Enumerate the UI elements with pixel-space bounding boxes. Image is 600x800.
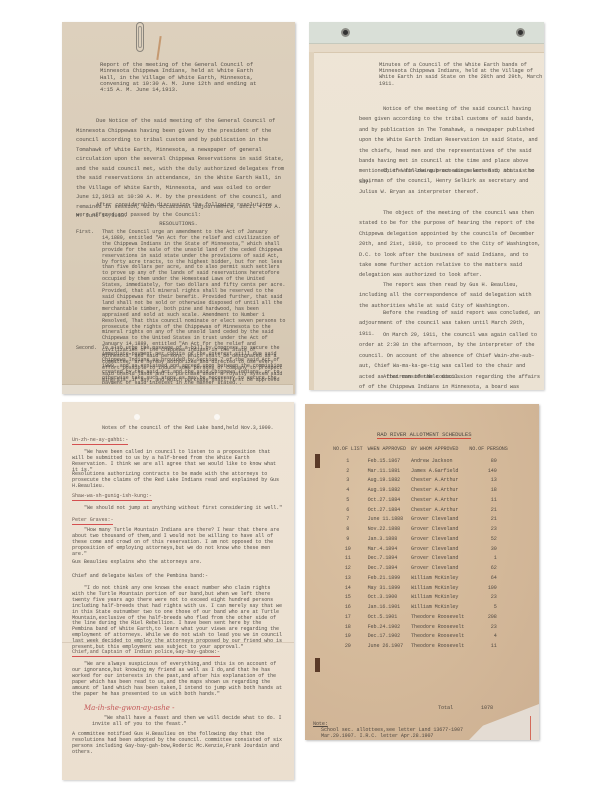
minutes-title: Minutes of a Council of the White Earth …: [379, 62, 544, 87]
persons-count-cell: 30: [469, 544, 512, 554]
report-paragraph-2: After considerable discussion the follow…: [76, 200, 286, 219]
table-row: 4Aug.19.1882Chester A.Arthur18: [333, 485, 513, 495]
table-note: Note: School sec. allottees,see letter L…: [313, 721, 493, 739]
notes-block: Un-zh-ne-ay-gahbi:-: [72, 438, 284, 445]
approved-by-cell: Grover Cleveland: [411, 534, 469, 544]
list-number-cell: 2: [333, 466, 368, 476]
red-margin-line: [530, 716, 531, 740]
report-title: Report of the meeting of the General Cou…: [100, 62, 272, 93]
list-number-cell: 10: [333, 544, 368, 554]
list-number-cell: 14: [333, 583, 368, 593]
persons-count-cell: 4: [469, 632, 512, 642]
allotment-table: NO.OF LIST WHEN APPROVED BY WHOM APPROVE…: [333, 446, 513, 651]
persons-count-cell: 23: [469, 593, 512, 603]
speaker-name: Peter Graves:-: [72, 518, 113, 525]
list-number-cell: 15: [333, 593, 368, 603]
date-approved-cell: Dec.7.1894: [368, 554, 411, 564]
list-number-cell: 13: [333, 573, 368, 583]
table-row: 6Oct.27.1884Chester A.Arthur21: [333, 505, 513, 515]
speaker-name: Chief,and Captain of Indian police,Gay-b…: [72, 650, 220, 657]
table-row: 13Feb.21.1899William McKinley64: [333, 573, 513, 583]
table-row: 1Feb.15.1867Andrew Jackson80: [333, 456, 513, 466]
approved-by-cell: Chester A.Arthur: [411, 505, 469, 515]
persons-count-cell: 1: [469, 554, 512, 564]
handwritten-speaker-name: Ma-ih-she-gwon-ay-ashe -: [84, 704, 175, 712]
persons-count-cell: 52: [469, 534, 512, 544]
total-value: 1078: [481, 705, 493, 711]
date-approved-cell: Dec.17.1902: [368, 632, 411, 642]
persons-count-cell: 21: [469, 505, 512, 515]
date-approved-cell: Nov.22.1888: [368, 524, 411, 534]
list-number-cell: 11: [333, 554, 368, 564]
punch-hole: [134, 414, 140, 420]
date-approved-cell: Dec.7.1894: [368, 563, 411, 573]
list-number-cell: 5: [333, 495, 368, 505]
list-number-cell: 20: [333, 641, 368, 651]
notes-block: Shaw-wa-sh-gunig-ish-kung:-: [72, 494, 284, 501]
document-report-general-council: Report of the meeting of the General Cou…: [62, 22, 295, 394]
grommet-icon: [516, 28, 525, 37]
persons-count-cell: 208: [469, 612, 512, 622]
table-row: 7June 11.1888Grover Cleveland21: [333, 515, 513, 525]
rust-stain: [156, 36, 161, 60]
persons-count-cell: 5: [469, 602, 512, 612]
speaker-name: Un-zh-ne-ay-gahbi:-: [72, 438, 128, 445]
date-approved-cell: June 11.1888: [368, 515, 411, 525]
approved-by-cell: James A.Garfield: [411, 466, 469, 476]
document-minutes-white-earth: Minutes of a Council of the White Earth …: [309, 22, 544, 390]
date-approved-cell: June 26.1907: [368, 641, 411, 651]
date-approved-cell: Oct.3.1900: [368, 593, 411, 603]
list-number-cell: 6: [333, 505, 368, 515]
approved-by-cell: Theodore Roosevelt: [411, 612, 469, 622]
notes-statement: Chief and delegate Wales of the Pembina …: [72, 574, 284, 580]
table-row: 17Oct.5.1901Theodore Roosevelt208: [333, 612, 513, 622]
table-body: 1Feb.15.1867Andrew Jackson802Mar.11.1881…: [333, 456, 513, 651]
table-row: 16Jan.16.1901William McKinley5: [333, 602, 513, 612]
minutes-paragraph: The report was then read by Gus H. Beaul…: [359, 280, 541, 311]
date-approved-cell: Mar.4.1894: [368, 544, 411, 554]
list-number-cell: 16: [333, 602, 368, 612]
resolution-label: Second.: [76, 346, 100, 352]
list-number-cell: 7: [333, 515, 368, 525]
table-row: 2Mar.11.1881James A.Garfield140: [333, 466, 513, 476]
list-number-cell: 4: [333, 485, 368, 495]
table-row: 5Oct.27.1884Chester A.Arthur11: [333, 495, 513, 505]
table-row: 20June 26.1907Theodore Roosevelt11: [333, 641, 513, 651]
date-approved-cell: Oct.27.1884: [368, 505, 411, 515]
table-row: 8Nov.22.1888Grover Cleveland23: [333, 524, 513, 534]
grommet-icon: [341, 28, 350, 37]
table-row: 19Dec.17.1902Theodore Roosevelt4: [333, 632, 513, 642]
column-header: WHEN APPROVED: [368, 446, 411, 456]
approved-by-cell: Theodore Roosevelt: [411, 622, 469, 632]
persons-count-cell: 23: [469, 622, 512, 632]
minutes-paragraph: After considerable discussion regarding …: [359, 372, 541, 390]
approved-by-cell: Chester A.Arthur: [411, 485, 469, 495]
persons-count-cell: 140: [469, 466, 512, 476]
notes-block: Peter Graves:-: [72, 518, 284, 525]
paperclip-icon: [136, 22, 144, 52]
binding-tab: [315, 454, 320, 468]
notes-statement: A committee notified Gus H.Beaulieu on t…: [72, 732, 284, 756]
date-approved-cell: Oct.5.1901: [368, 612, 411, 622]
table-row: 11Dec.7.1894Grover Cleveland1: [333, 554, 513, 564]
punch-hole: [214, 414, 220, 420]
notes-statement: Gus Beaulieu explains who the attorneys …: [72, 560, 284, 566]
persons-count-cell: 11: [469, 641, 512, 651]
persons-count-cell: 23: [469, 524, 512, 534]
approved-by-cell: Chester A.Arthur: [411, 495, 469, 505]
persons-count-cell: 13: [469, 476, 512, 486]
speaker-quote: "We shall have a feast and then we will …: [92, 716, 282, 728]
list-number-cell: 19: [333, 632, 368, 642]
list-number-cell: 18: [333, 622, 368, 632]
note-text: School sec. allottees,see letter Land 13…: [313, 727, 493, 739]
date-approved-cell: Jan.16.1901: [368, 602, 411, 612]
persons-count-cell: 62: [469, 563, 512, 573]
binder-fold: [309, 44, 544, 53]
column-header: BY WHOM APPROVED: [411, 446, 469, 456]
table-header-row: NO.OF LIST WHEN APPROVED BY WHOM APPROVE…: [333, 446, 513, 456]
date-approved-cell: Feb.15.1867: [368, 456, 411, 466]
page-stack-edge: [62, 384, 293, 394]
persons-count-cell: 11: [469, 495, 512, 505]
speaker-quote: "We should not jump at anything without …: [72, 506, 284, 512]
approved-by-cell: William McKinley: [411, 583, 469, 593]
notes-block: Chief,and Captain of Indian police,Gay-b…: [72, 650, 284, 657]
list-number-cell: 1: [333, 456, 368, 466]
speaker-name: Shaw-wa-sh-gunig-ish-kung:-: [72, 494, 152, 501]
approved-by-cell: Chester A.Arthur: [411, 476, 469, 486]
approved-by-cell: Grover Cleveland: [411, 554, 469, 564]
document-allotment-schedules: RAD RIVER ALLOTMENT SCHEDULES NO.OF LIST…: [305, 404, 539, 740]
resolution-label: First.: [76, 230, 100, 236]
resolutions-heading: RESOLUTIONS.: [62, 220, 295, 227]
approved-by-cell: Grover Cleveland: [411, 515, 469, 525]
date-approved-cell: Feb.21.1899: [368, 573, 411, 583]
list-number-cell: 3: [333, 476, 368, 486]
total-label: Total: [438, 705, 453, 711]
resolution-text: To also urge the passage of a bill by Co…: [102, 346, 288, 387]
date-approved-cell: Oct.27.1884: [368, 495, 411, 505]
approved-by-cell: Andrew Jackson: [411, 456, 469, 466]
date-approved-cell: Feb.24.1902: [368, 622, 411, 632]
speaker-quote: "We are always suspicious of everything,…: [72, 662, 284, 697]
column-header: NO.OF LIST: [333, 446, 368, 456]
list-number-cell: 8: [333, 524, 368, 534]
approved-by-cell: Theodore Roosevelt: [411, 632, 469, 642]
approved-by-cell: Grover Cleveland: [411, 563, 469, 573]
notes-title: Notes of the council of the Red Lake ban…: [102, 426, 294, 432]
approved-by-cell: William McKinley: [411, 602, 469, 612]
approved-by-cell: Grover Cleveland: [411, 524, 469, 534]
column-header: NO.OF PERSONS: [469, 446, 512, 456]
persons-count-cell: 80: [469, 456, 512, 466]
list-number-cell: 9: [333, 534, 368, 544]
table-row: 3Aug.19.1882Chester A.Arthur13: [333, 476, 513, 486]
table-row: 14May 31.1899William McKinley109: [333, 583, 513, 593]
minutes-paragraph: Chief Wain-zhe-aub-aut was selected to a…: [359, 166, 541, 197]
speaker-quote: "How many Turtle Mountain Indians are th…: [72, 528, 284, 558]
approved-by-cell: William McKinley: [411, 593, 469, 603]
approved-by-cell: Theodore Roosevelt: [411, 641, 469, 651]
document-notes-red-lake: Notes of the council of the Red Lake ban…: [62, 402, 294, 780]
persons-count-cell: 64: [469, 573, 512, 583]
date-approved-cell: Jan.3.1888: [368, 534, 411, 544]
list-number-cell: 17: [333, 612, 368, 622]
date-approved-cell: May 31.1899: [368, 583, 411, 593]
approved-by-cell: William McKinley: [411, 573, 469, 583]
table-row: 10Mar.4.1894Grover Cleveland30: [333, 544, 513, 554]
speaker-quote: "I do not think any one knows the exact …: [72, 586, 284, 651]
notes-statement: Resolutions authorizing contracts to be …: [72, 472, 284, 490]
table-title: RAD RIVER ALLOTMENT SCHEDULES: [377, 431, 471, 439]
approved-by-cell: Grover Cleveland: [411, 544, 469, 554]
resolution-second: Second. To also urge the passage of a bi…: [76, 346, 288, 387]
persons-count-cell: 18: [469, 485, 512, 495]
table-row: 15Oct.3.1900William McKinley23: [333, 593, 513, 603]
binding-tab: [315, 658, 320, 672]
page-edge: [309, 52, 314, 390]
persons-count-cell: 21: [469, 515, 512, 525]
date-approved-cell: Aug.19.1882: [368, 476, 411, 486]
table-row: 9Jan.3.1888Grover Cleveland52: [333, 534, 513, 544]
table-row: 18Feb.24.1902Theodore Roosevelt23: [333, 622, 513, 632]
minutes-paragraph: The object of the meeting of the council…: [359, 208, 541, 281]
date-approved-cell: Mar.11.1881: [368, 466, 411, 476]
date-approved-cell: Aug.19.1882: [368, 485, 411, 495]
table-row: 12Dec.7.1894Grover Cleveland62: [333, 563, 513, 573]
list-number-cell: 12: [333, 563, 368, 573]
persons-count-cell: 109: [469, 583, 512, 593]
